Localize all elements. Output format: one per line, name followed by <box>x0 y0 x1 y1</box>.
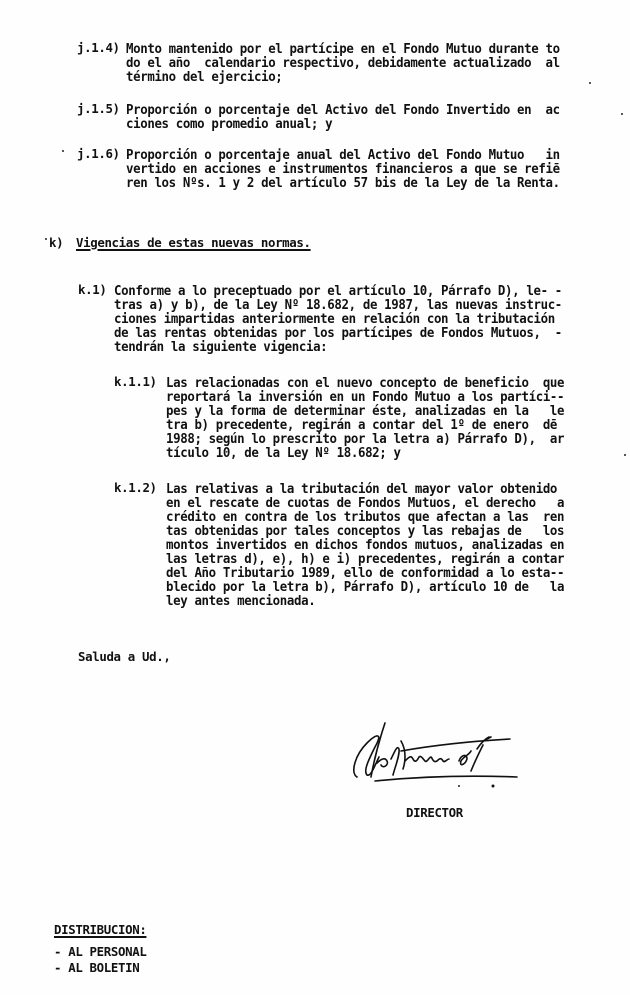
item-label-k-1-2: k.1.2) <box>114 481 157 494</box>
scan-speck <box>624 454 626 456</box>
scan-speck <box>45 238 47 240</box>
item-label-k-1-1: k.1.1) <box>114 375 157 388</box>
item-label-j-1-6: j.1.6) <box>77 147 120 160</box>
item-text-line: ciones como promedio anual; y <box>126 116 332 130</box>
item-label-k-1: k.1) <box>78 283 106 296</box>
item-label-j-1-4: j.1.4) <box>77 41 120 54</box>
distribution-item: - AL BOLETIN <box>54 961 139 974</box>
distribution-heading: DISTRIBUCION: <box>54 923 146 936</box>
section-heading: Vigencias de estas nuevas normas. <box>76 236 311 249</box>
section-label-k: k) <box>49 236 63 249</box>
item-label-j-1-5: j.1.5) <box>77 102 120 115</box>
scan-speck <box>62 150 64 152</box>
signature-title: DIRECTOR <box>406 806 463 819</box>
item-text-line: ley antes mencionada. <box>166 593 315 607</box>
item-text-line: tículo 10, de la Ley Nº 18.682; y <box>166 445 401 459</box>
item-text-line: término del ejercicio; <box>126 69 282 83</box>
item-text-line: ren los Nºs. 1 y 2 del artículo 57 bis d… <box>126 175 560 189</box>
document-page: j.1.4) Monto mantenido por el partícipe … <box>0 0 630 995</box>
salutation: Saluda a Ud., <box>78 650 170 663</box>
item-text-line: tendrán la siguiente vigencia: <box>114 339 327 353</box>
signature-image <box>345 715 520 790</box>
scan-speck <box>589 82 591 84</box>
scan-speck <box>458 785 460 787</box>
scan-speck <box>621 113 623 115</box>
distribution-item: - AL PERSONAL <box>54 945 146 958</box>
